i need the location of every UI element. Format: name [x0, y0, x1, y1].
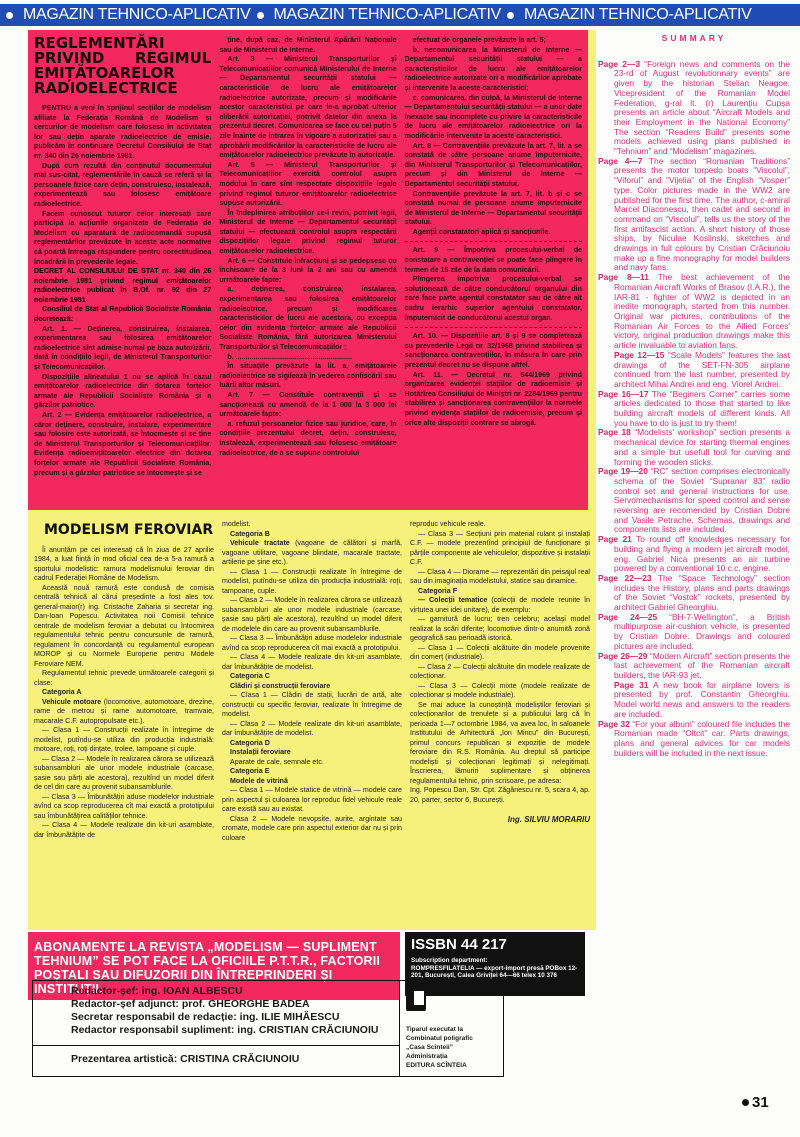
summary-item: Page 21 To round off knowledges necessar… — [598, 535, 790, 574]
printer-line: Administrația — [406, 1052, 497, 1061]
printer-info: Tiparul executat la Combinatul poligrafi… — [400, 981, 503, 1076]
class-item: — Clasa 4 — Modele realizate din kit-uri… — [222, 653, 402, 672]
class-item: — Clasa 2 — Modele în realizarea cărora … — [34, 755, 214, 793]
category-text: Aparate de cale, semnale etc. — [222, 758, 402, 768]
banner-segment: MAGAZIN TEHNICO-APLICATIV — [501, 6, 752, 24]
class-item: — Clasa 2 — Modele în realizarea cărora … — [222, 596, 402, 634]
divider — [405, 327, 582, 328]
printer-text: Tiparul executat la Combinatul poligrafi… — [406, 1025, 497, 1070]
page-ref: Page 12—15 — [614, 350, 664, 360]
editor-line: Secretar responsabil de redacție: ing. I… — [71, 1011, 399, 1024]
regulations-column-2: ține, după caz, de Ministerul Apărării N… — [219, 36, 396, 510]
paragraph: Facem cunoscut tuturor celor interesați … — [34, 210, 211, 268]
page-number-text: 31 — [752, 1094, 769, 1111]
page-ref: Page 8—11 — [598, 272, 649, 282]
paragraph: Se mai aduce la cunoștință modeliștilor … — [410, 701, 590, 787]
editors-list: Redactor-șef: ing. IOAN ALBESCU Redactor… — [33, 981, 399, 1046]
class-item: — Clasa 1 — Modele statice de vitrină — … — [222, 786, 402, 815]
regulations-article: REGLEMENTĂRI PRIVIND REGIMUL EMIȚĂTOAREL… — [28, 30, 588, 510]
paragraph: Art. 8 — Contravențiile prevăzute la art… — [405, 142, 582, 190]
category-title: Vehicule tractate — [230, 539, 290, 547]
author-signature: Ing. SILVIU MORARIU — [410, 815, 590, 825]
decree-intro: Consiliul de Stat al Republicii Socialis… — [34, 305, 211, 324]
class-item: — Clasa 3 — Secțiuni prin material rulan… — [410, 530, 590, 568]
class-item: — garnitură de lucru; tren celebru; acel… — [410, 615, 590, 644]
paragraph: Art. 10. — Dispozițiile art. 8 și 9 se c… — [405, 332, 582, 370]
paragraph: Agenții constatatori aplică și sancțiuni… — [405, 228, 582, 238]
category-heading: Categoria D — [222, 739, 402, 749]
bullet-icon — [6, 12, 13, 19]
railway-column-2: modelist. Categoria B Vehicule tractate … — [222, 520, 402, 930]
summary-item: Page 24—25 “BH-7-Wellington”, a British … — [598, 613, 790, 652]
banner-segment: MAGAZIN TEHNICO-APLICATIV — [0, 6, 251, 24]
paragraph: Art. 3 — Ministerul Transporturilor și T… — [219, 55, 396, 161]
summary-title: SUMMARY — [598, 34, 790, 44]
category-title: Vehicule motoare — [42, 698, 101, 706]
summary-item: Page 8—11 The best achievement of the Ro… — [598, 273, 790, 351]
regulations-title: REGLEMENTĂRI PRIVIND REGIMUL EMIȚĂTOAREL… — [34, 36, 211, 96]
printer-line: Tiparul executat la — [406, 1025, 497, 1034]
paragraph: Această nouă ramură este condusă de comi… — [34, 584, 214, 670]
class-item: — Clasa 3 — Îmbunătățiri aduse modelelor… — [34, 793, 214, 822]
paragraph: c. comunicarea, din culpă, la Ministerul… — [405, 94, 582, 142]
bullet-icon — [257, 12, 264, 19]
bullet-icon — [742, 1099, 749, 1106]
paragraph: Art. 7 — Constituie contravenții și se s… — [219, 391, 396, 420]
section-banner: MAGAZIN TEHNICO-APLICATIV MAGAZIN TEHNIC… — [0, 4, 800, 26]
summary-item: Page 18 “Modelists' workshop” section pr… — [598, 428, 790, 467]
class-item: — Clasa 1 — Construcții realizate în înt… — [222, 568, 402, 597]
category-title: Instalații feroviare — [222, 748, 402, 758]
subscription-label: Subscription department: — [411, 957, 579, 965]
category-description: Vehicule tractate (vagoane de călători ș… — [222, 539, 402, 568]
summary-text: To round off knowledges necessary for bu… — [614, 534, 790, 573]
paragraph: modelist. — [222, 520, 402, 530]
summary-item: Page 16—17 The “Beginers Corner” carries… — [598, 390, 790, 429]
paragraph: efectuat de organele prevăzute la art. 5… — [405, 36, 582, 46]
category-title: Modele de vitrină — [222, 777, 402, 787]
paragraph: reproduc vehicule reale. — [410, 520, 590, 530]
editor-line: Redactor responsabil supliment: ing. CRI… — [71, 1024, 399, 1037]
paragraph: b. necomunicarea la Ministerul de Intern… — [405, 46, 582, 94]
summary-text: “Foreign news and comments on the 23-rd … — [614, 59, 790, 156]
regulations-column-3: efectuat de organele prevăzute la art. 5… — [405, 36, 582, 510]
category-description: Vehicule motoare (locomotive, automotoar… — [34, 698, 214, 727]
paragraph: Contravențiile prevăzute la art. 7, lit.… — [405, 190, 582, 228]
summary-item: Page 32 “For your album” coloured file i… — [598, 720, 790, 759]
category-heading: Categoria A — [34, 688, 214, 698]
railway-column-1: MODELISM FEROVIAR Îi anunțăm pe cei inte… — [34, 520, 214, 930]
paragraph: După cum rezultă din conținutul document… — [34, 162, 211, 210]
page-ref: Page 22—23 — [598, 573, 652, 583]
paragraph: a. deținerea, construirea, instalarea, e… — [219, 285, 396, 352]
page-ref: Page 24—25 — [598, 612, 657, 622]
paragraph: Îi anunțăm pe cei interesați că în ziua … — [34, 546, 214, 584]
summary-item: Page 19—20 “RC” section comprises electr… — [598, 467, 790, 535]
printer-line: EDITURA SCÎNTEIA — [406, 1061, 497, 1070]
paragraph: a. refuzul persoanelor fizice sau juridi… — [219, 420, 396, 458]
editor-line: Redactor-șef: ing. IOAN ALBESCU — [71, 985, 399, 998]
category-heading: Categoria F — [410, 587, 590, 597]
class-item: — Clasa 1 — Colecții alcătuite din model… — [410, 644, 590, 663]
printer-line: Combinatul poligrafic — [406, 1034, 497, 1043]
railway-column-3: reproduc vehicule reale. — Clasa 3 — Sec… — [410, 520, 590, 930]
class-item: — Clasa 4 — Diorame — reprezentări din p… — [410, 568, 590, 587]
paragraph: Art. 1. — Deținerea, construirea, instal… — [34, 325, 211, 373]
page-ref: Page 26—29 — [598, 651, 647, 661]
page-ref: Page 31 — [614, 680, 648, 690]
paragraph: În îndeplinirea atribuțiilor ce-i revin,… — [219, 209, 396, 257]
summary-column: SUMMARY Page 2—3 “Foreign news and comme… — [598, 34, 790, 758]
paragraph: b. .....................................… — [219, 353, 396, 363]
category-title: — Colecții tematice — [418, 596, 487, 604]
regulations-column-1: REGLEMENTĂRI PRIVIND REGIMUL EMIȚĂTOAREL… — [34, 36, 211, 510]
summary-text: “For your album” coloured file includes … — [614, 719, 790, 758]
page-ref: Page 32 — [598, 719, 630, 729]
page-ref: Page 19—20 — [598, 466, 648, 476]
paragraph: Dispozițiile alineatului 1 nu se aplică … — [34, 373, 211, 411]
class-item: — Clasa 2 — Modele realizate din kit-uri… — [222, 720, 402, 739]
railway-article: MODELISM FEROVIAR Îi anunțăm pe cei inte… — [34, 520, 590, 930]
printer-line: „Casa Scînteii” — [406, 1043, 497, 1052]
railway-title: MODELISM FEROVIAR — [44, 526, 214, 536]
category-title: Clădiri și construcții feroviare — [222, 682, 402, 692]
class-item: Clasa 2 — Modele nevopsite, aurite, argi… — [222, 815, 402, 844]
subscription-address: ROMPRESFILATELIA — export-import presă P… — [411, 965, 579, 980]
bullet-icon — [507, 12, 514, 19]
artistic-credit: Prezentarea artistică: CRISTINA CRĂCIUNO… — [33, 1046, 399, 1076]
page-ref: Page 4—7 — [598, 156, 642, 166]
paragraph: Art. 11. — Decretul nr. 544/1969 privind… — [405, 371, 582, 429]
paragraph: Art. 5 — Ministerul Transporturilor și T… — [219, 161, 396, 209]
summary-text: The section “Romanian Traditions” presen… — [614, 156, 790, 273]
class-item: — Clasa 3 — Îmbunătățiri aduse modelelor… — [222, 634, 402, 653]
paragraph: Art. 2 — Evidența emițătoarelor radioele… — [34, 411, 211, 478]
category-description: — Colecții tematice (colecții de modele … — [410, 596, 590, 615]
category-heading: Categoria C — [222, 672, 402, 682]
banner-label: MAGAZIN TEHNICO-APLICATIV — [23, 6, 251, 24]
divider — [405, 241, 582, 242]
paragraph: Art. 9 — Împotriva procesului-verbal de … — [405, 246, 582, 275]
page-ref: Page 18 — [598, 427, 631, 437]
page-ref: Page 16—17 — [598, 389, 649, 399]
book-logo-icon — [406, 987, 426, 1011]
class-item: — Clasa 4 — Modele realizate din kit-uri… — [34, 821, 214, 840]
page-number: 31 — [742, 1094, 769, 1111]
class-item: — Clasa 1 — Clădiri de stații, lucrări d… — [222, 691, 402, 720]
class-item: — Clasa 2 — Colecții alcătuite din model… — [410, 663, 590, 682]
summary-item: Page 12—15 “Scale Models” features the l… — [598, 351, 790, 390]
summary-item: Page 31 A new book for airplane lovers i… — [598, 681, 790, 720]
page-ref: Page 2—3 — [598, 59, 640, 69]
credits-main: Redactor-șef: ing. IOAN ALBESCU Redactor… — [33, 981, 400, 1076]
summary-item: Page 22—23 The “Space Technology” sectio… — [598, 574, 790, 613]
paragraph: Art. 6 — Constituie infracțiuni și se pe… — [219, 257, 396, 286]
subscription-department: Subscription department: ROMPRESFILATELI… — [411, 957, 579, 980]
paragraph: Plîngerea împotriva procesului-verbal se… — [405, 275, 582, 323]
summary-item: Page 26—29 “Modern Aircraft” section pre… — [598, 652, 790, 681]
banner-label: MAGAZIN TEHNICO-APLICATIV — [524, 6, 752, 24]
editorial-credits: Redactor-șef: ing. IOAN ALBESCU Redactor… — [32, 980, 504, 1077]
page-ref: Page 21 — [598, 534, 632, 544]
paragraph: Regulamentul tehnic prevede următoarele … — [34, 669, 214, 688]
editor-line: Redactor-șef adjunct: prof. GHEORGHE BAD… — [71, 998, 399, 1011]
summary-item: Page 2—3 “Foreign news and comments on t… — [598, 60, 790, 157]
issn-number: ISSBN 44 217 — [411, 936, 579, 953]
banner-label: MAGAZIN TEHNICO-APLICATIV — [274, 6, 502, 24]
category-heading: Categoria E — [222, 767, 402, 777]
paragraph: PENTRU a veni în sprijinul secțiilor de … — [34, 104, 211, 162]
paragraph: ține, după caz, de Ministerul Apărării N… — [219, 36, 396, 55]
banner-segment: MAGAZIN TEHNICO-APLICATIV — [251, 6, 502, 24]
address: Ing. Popescu Dan, Str. Cpt. Zăgănescu nr… — [410, 786, 590, 805]
summary-text: The best achievement of the Romanian Air… — [614, 272, 790, 350]
class-item: — Clasa 1 — Construcții realizate în înt… — [34, 726, 214, 755]
category-heading: Categoria B — [222, 530, 402, 540]
paragraph: În situațiile prevăzute la lit. a, emiță… — [219, 362, 396, 391]
class-item: — Clasa 3 — Colecții mixte (modele reali… — [410, 682, 590, 701]
decree-heading: DECRET AL CONSILIULUI DE STAT nr. 340 di… — [34, 267, 211, 305]
summary-text: “RC” section comprises electronically sc… — [614, 466, 790, 534]
summary-text: “Modelists' workshop” section presents a… — [614, 427, 790, 466]
summary-item: Page 4—7 The section “Romanian Tradition… — [598, 157, 790, 273]
